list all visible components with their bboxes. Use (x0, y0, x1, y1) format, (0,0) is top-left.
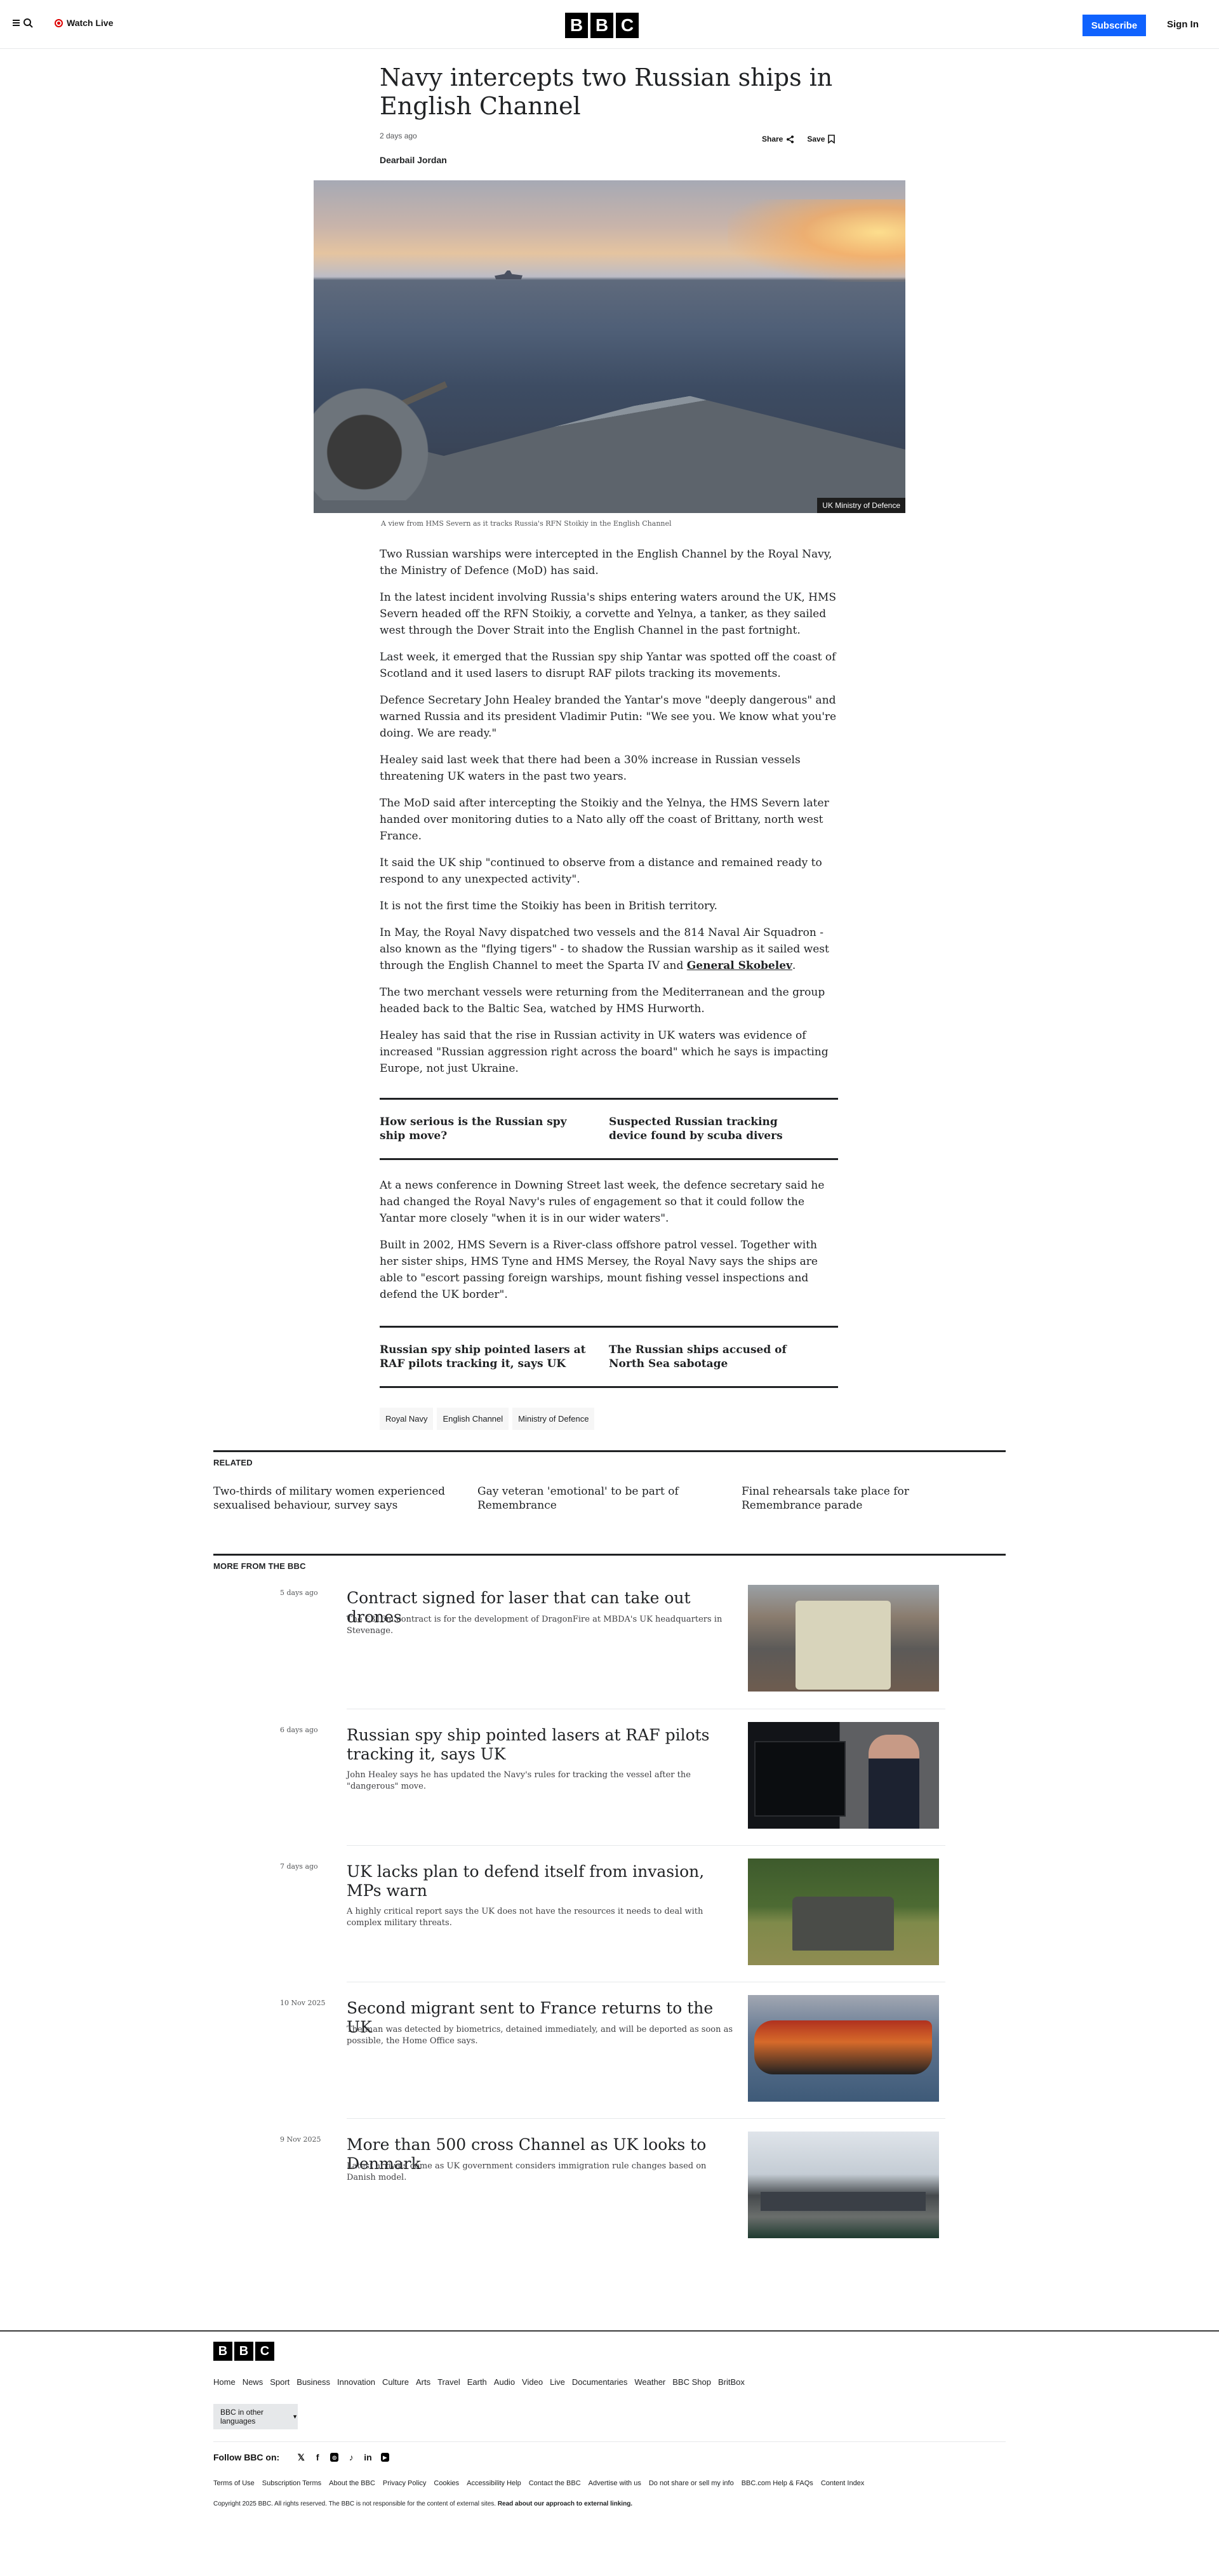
footer-link[interactable]: Privacy Policy (383, 2479, 426, 2487)
search-icon (23, 18, 33, 28)
image-credit: UK Ministry of Defence (817, 498, 905, 513)
linkedin-icon[interactable]: in (364, 2453, 371, 2462)
article-body-continued: At a news conference in Downing Street l… (380, 1177, 838, 1313)
related-list: Two-thirds of military women experienced… (213, 1485, 1006, 1512)
story-date: 10 Nov 2025 (280, 1999, 325, 2007)
top-navigation-bar: Watch Live B B C Subscribe Sign In (0, 0, 1219, 49)
russian-ship-silhouette (495, 270, 523, 279)
story-divider (347, 2118, 945, 2119)
tag-english-channel[interactable]: English Channel (437, 1408, 509, 1430)
paragraph: Built in 2002, HMS Severn is a River-cla… (380, 1237, 838, 1303)
footer-nav-culture[interactable]: Culture (382, 2377, 409, 2387)
inline-link[interactable]: The Russian ships accused of North Sea s… (609, 1343, 838, 1371)
x-icon[interactable]: 𝕏 (297, 2453, 305, 2462)
copyright-text: Copyright 2025 BBC. All rights reserved.… (213, 2500, 498, 2507)
footer-nav-video[interactable]: Video (522, 2377, 543, 2387)
story-image[interactable] (748, 1722, 939, 1829)
facebook-icon[interactable]: f (314, 2453, 321, 2462)
footer-nav-earth[interactable]: Earth (467, 2377, 487, 2387)
footer-nav-arts[interactable]: Arts (416, 2377, 430, 2387)
footer-link[interactable]: Cookies (434, 2479, 459, 2487)
story-card[interactable]: 6 days ago Russian spy ship pointed lase… (213, 1726, 1006, 1834)
more-from-bbc-heading: MORE FROM THE BBC (213, 1561, 306, 1571)
paragraph: It said the UK ship "continued to observ… (380, 855, 838, 888)
article-timestamp: 2 days ago (380, 131, 417, 140)
logo-letter: C (255, 2342, 274, 2361)
inline-related-links: How serious is the Russian spy ship move… (380, 1098, 838, 1160)
paragraph: Defence Secretary John Healey branded th… (380, 692, 838, 742)
paragraph: At a news conference in Downing Street l… (380, 1177, 838, 1227)
bookmark-icon (828, 135, 835, 143)
footer-link[interactable]: About the BBC (329, 2479, 375, 2487)
story-image[interactable] (748, 1995, 939, 2102)
bbc-logo[interactable]: B B C (565, 13, 639, 38)
story-card[interactable]: 9 Nov 2025 More than 500 cross Channel a… (213, 2135, 1006, 2243)
related-link[interactable]: Gay veteran 'emotional' to be part of Re… (477, 1485, 742, 1512)
share-icon (786, 135, 794, 143)
story-summary: A highly critical report says the UK doe… (347, 1906, 737, 1929)
author-byline: Dearbail Jordan (380, 155, 447, 165)
paragraph-text: . (792, 959, 796, 972)
watch-live-link[interactable]: Watch Live (55, 18, 113, 28)
story-image[interactable] (748, 1585, 939, 1692)
footer-link[interactable]: Advertise with us (589, 2479, 641, 2487)
instagram-icon[interactable]: ◎ (330, 2453, 338, 2462)
story-divider (347, 1845, 945, 1846)
footer-navigation: Home News Sport Business Innovation Cult… (213, 2377, 745, 2387)
story-date: 5 days ago (280, 1589, 318, 1597)
footer-nav-audio[interactable]: Audio (494, 2377, 515, 2387)
footer-nav-live[interactable]: Live (550, 2377, 565, 2387)
story-summary: John Healey says he has updated the Navy… (347, 1770, 737, 1792)
story-date: 7 days ago (280, 1862, 318, 1871)
footer-link[interactable]: Subscription Terms (262, 2479, 321, 2487)
logo-letter: B (565, 13, 588, 38)
languages-label: BBC in other languages (220, 2408, 288, 2426)
story-title[interactable]: UK lacks plan to defend itself from inva… (347, 1862, 737, 1900)
topic-tags: Royal Navy English Channel Ministry of D… (380, 1408, 594, 1430)
paragraph: The two merchant vessels were returning … (380, 984, 838, 1017)
inline-link[interactable]: Russian spy ship pointed lasers at RAF p… (380, 1343, 609, 1371)
tag-royal-navy[interactable]: Royal Navy (380, 1408, 433, 1430)
story-image[interactable] (748, 2132, 939, 2238)
story-divider (347, 1982, 945, 1982)
related-heading: RELATED (213, 1458, 253, 1467)
caret-down-icon: ▼ (292, 2413, 298, 2420)
footer-nav-innovation[interactable]: Innovation (337, 2377, 375, 2387)
inline-related-links: Russian spy ship pointed lasers at RAF p… (380, 1326, 838, 1388)
logo-letter: B (590, 13, 613, 38)
footer-nav-bbc-shop[interactable]: BBC Shop (672, 2377, 711, 2387)
paragraph: It is not the first time the Stoikiy has… (380, 898, 838, 914)
hero-image: UK Ministry of Defence (314, 180, 905, 513)
section-divider (213, 1554, 1006, 1556)
follow-label: Follow BBC on: (213, 2452, 279, 2462)
paragraph: The MoD said after intercepting the Stoi… (380, 795, 838, 844)
copyright-notice: Copyright 2025 BBC. All rights reserved.… (213, 2500, 632, 2507)
image-caption: A view from HMS Severn as it tracks Russ… (381, 519, 672, 528)
footer-nav-travel[interactable]: Travel (437, 2377, 460, 2387)
story-date: 9 Nov 2025 (280, 2135, 321, 2144)
story-summary: Latest arrivals come as UK government co… (347, 2161, 737, 2184)
footer-nav-business[interactable]: Business (296, 2377, 330, 2387)
share-label: Share (762, 135, 783, 143)
external-linking-link[interactable]: Read about our approach to external link… (498, 2500, 632, 2507)
subscribe-button[interactable]: Subscribe (1082, 15, 1146, 36)
story-card[interactable]: 10 Nov 2025 Second migrant sent to Franc… (213, 1999, 1006, 2107)
story-card[interactable]: 5 days ago Contract signed for laser tha… (213, 1589, 1006, 1697)
section-divider (213, 1450, 1006, 1452)
story-divider (347, 1709, 945, 1709)
sign-in-link[interactable]: Sign In (1167, 19, 1199, 30)
inline-link[interactable]: Suspected Russian tracking device found … (609, 1115, 838, 1143)
logo-letter: C (616, 13, 639, 38)
footer-link[interactable]: Do not share or sell my info (649, 2479, 734, 2487)
paragraph: Two Russian warships were intercepted in… (380, 546, 838, 579)
menu-icon (13, 18, 22, 27)
save-button[interactable]: Save (807, 135, 835, 143)
logo-letter: B (234, 2342, 253, 2361)
story-summary: The £316m contract is for the developmen… (347, 1614, 737, 1637)
other-languages-dropdown[interactable]: BBC in other languages ▼ (213, 2404, 298, 2429)
sunset-glow (728, 199, 905, 282)
live-icon (55, 19, 63, 27)
related-link[interactable]: Final rehearsals take place for Remembra… (742, 1485, 1006, 1512)
related-link[interactable]: Two-thirds of military women experienced… (213, 1485, 477, 1512)
paragraph: Healey said last week that there had bee… (380, 752, 838, 785)
footer-nav-home[interactable]: Home (213, 2377, 236, 2387)
footer-link[interactable]: Content Index (821, 2479, 865, 2487)
story-image[interactable] (748, 1859, 939, 1965)
menu-search-button[interactable] (13, 18, 33, 28)
tag-ministry-of-defence[interactable]: Ministry of Defence (512, 1408, 594, 1430)
general-skobelev-link[interactable]: General Skobelev (687, 959, 792, 972)
story-title[interactable]: Russian spy ship pointed lasers at RAF p… (347, 1726, 737, 1764)
footer-bbc-logo[interactable]: B B C (213, 2342, 274, 2361)
footer-link[interactable]: Terms of Use (213, 2479, 255, 2487)
footer-legal-links: Terms of Use Subscription Terms About th… (213, 2479, 864, 2487)
footer-nav-britbox[interactable]: BritBox (718, 2377, 745, 2387)
story-card[interactable]: 7 days ago UK lacks plan to defend itsel… (213, 1862, 1006, 1970)
share-button[interactable]: Share (762, 135, 794, 143)
story-summary: The man was detected by biometrics, deta… (347, 2024, 737, 2047)
footer-separator (213, 2441, 1006, 2442)
article-headline: Navy intercepts two Russian ships in Eng… (380, 63, 837, 121)
paragraph: In the latest incident involving Russia'… (380, 589, 838, 639)
footer-link[interactable]: Contact the BBC (529, 2479, 581, 2487)
footer-nav-sport[interactable]: Sport (270, 2377, 290, 2387)
deck-gun (314, 380, 441, 500)
social-icons: 𝕏 f ◎ ♪ in ▶ (297, 2453, 389, 2462)
social-follow: Follow BBC on: 𝕏 f ◎ ♪ in ▶ (213, 2452, 389, 2462)
paragraph: Last week, it emerged that the Russian s… (380, 649, 838, 682)
inline-link[interactable]: How serious is the Russian spy ship move… (380, 1115, 609, 1143)
footer-nav-news[interactable]: News (243, 2377, 263, 2387)
article-actions: Share Save (762, 135, 835, 143)
footer-nav-documentaries[interactable]: Documentaries (572, 2377, 627, 2387)
article-body: Two Russian warships were intercepted in… (380, 546, 838, 1087)
story-date: 6 days ago (280, 1726, 318, 1734)
footer-link[interactable]: BBC.com Help & FAQs (742, 2479, 813, 2487)
save-label: Save (807, 135, 825, 143)
footer-divider (0, 2330, 1219, 2332)
youtube-icon[interactable]: ▶ (381, 2453, 389, 2462)
paragraph: Healey has said that the rise in Russian… (380, 1027, 838, 1077)
footer-link[interactable]: Accessibility Help (467, 2479, 521, 2487)
footer-nav-weather[interactable]: Weather (634, 2377, 665, 2387)
paragraph: In May, the Royal Navy dispatched two ve… (380, 924, 838, 974)
watch-live-label: Watch Live (67, 18, 113, 28)
tiktok-icon[interactable]: ♪ (347, 2453, 355, 2462)
logo-letter: B (213, 2342, 232, 2361)
